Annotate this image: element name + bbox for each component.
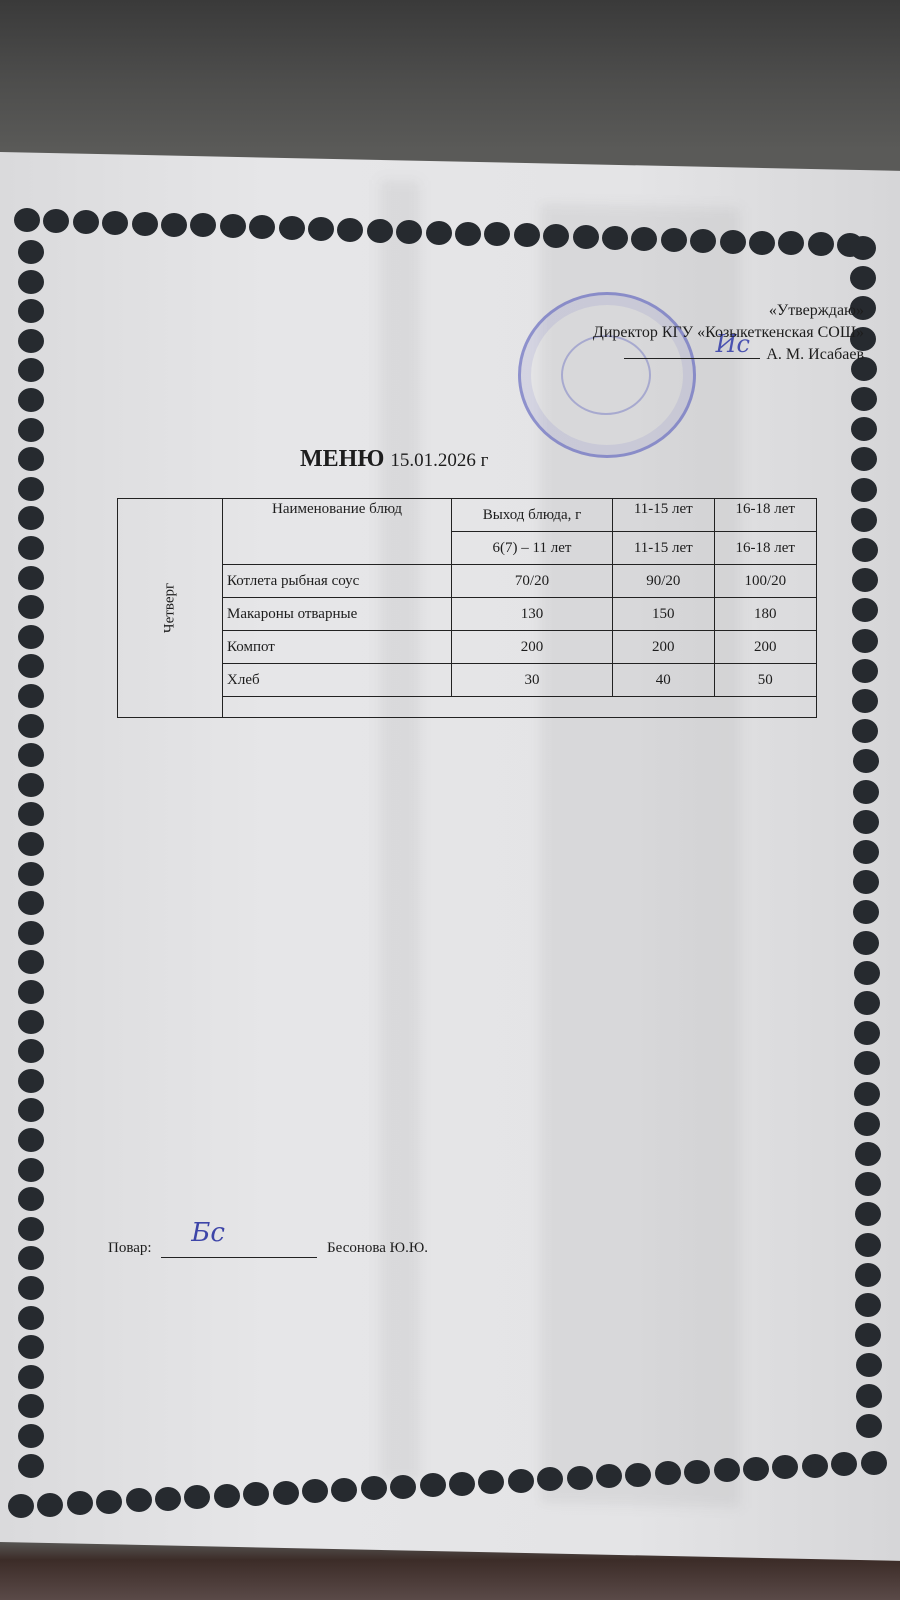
- border-dot: [18, 862, 44, 886]
- border-dot: [855, 1172, 881, 1196]
- border-dot: [161, 213, 187, 237]
- border-dot: [856, 1414, 882, 1438]
- footer-cook: Повар: Бс Бесонова Ю.Ю.: [108, 1240, 428, 1258]
- cook-name: Бесонова Ю.Ю.: [327, 1240, 428, 1256]
- border-dot: [855, 1263, 881, 1287]
- border-dot: [220, 214, 246, 238]
- approval-line-1: «Утверждаю»: [593, 300, 864, 322]
- border-dot: [856, 1384, 882, 1408]
- border-dot: [102, 211, 128, 235]
- border-dot: [37, 1493, 63, 1517]
- page-title: МЕНЮ15.01.2026 г: [300, 446, 488, 473]
- border-dot: [573, 225, 599, 249]
- header-age-2: 11-15 лет: [612, 499, 714, 532]
- title-heading: МЕНЮ: [300, 446, 384, 472]
- border-dot: [508, 1469, 534, 1493]
- approval-block: «Утверждаю» Директор КГУ «Козыкеткенская…: [593, 300, 864, 366]
- border-dot: [18, 1276, 44, 1300]
- border-dot: [18, 270, 44, 294]
- cook-label: Повар:: [108, 1240, 152, 1256]
- border-dot: [854, 1021, 880, 1045]
- border-dot: [851, 478, 877, 502]
- title-date: 15.01.2026 г: [390, 450, 488, 471]
- border-dot: [18, 1069, 44, 1093]
- border-dot: [361, 1476, 387, 1500]
- border-dot: [18, 1365, 44, 1389]
- border-dot: [18, 329, 44, 353]
- header-age-3: 16-18 лет: [714, 499, 816, 532]
- border-dot: [18, 1306, 44, 1330]
- border-dot: [854, 991, 880, 1015]
- border-dot: [853, 931, 879, 955]
- border-dot: [850, 236, 876, 260]
- border-dot: [8, 1494, 34, 1518]
- border-dot: [279, 216, 305, 240]
- approval-line-3: А. М. Исабаев: [766, 346, 864, 363]
- border-dot: [67, 1491, 93, 1515]
- border-dot: [831, 1452, 857, 1476]
- border-dot: [853, 810, 879, 834]
- border-dot: [449, 1472, 475, 1496]
- border-dot: [808, 232, 834, 256]
- border-dot: [743, 1457, 769, 1481]
- border-dot: [714, 1458, 740, 1482]
- subheader-age-3: 16-18 лет: [714, 532, 816, 565]
- border-dot: [18, 773, 44, 797]
- border-dot: [655, 1461, 681, 1485]
- border-dot: [126, 1488, 152, 1512]
- border-dot: [720, 230, 746, 254]
- border-dot: [852, 568, 878, 592]
- border-dot: [455, 222, 481, 246]
- border-dot: [331, 1478, 357, 1502]
- border-dot: [851, 508, 877, 532]
- border-dot: [73, 210, 99, 234]
- border-dot: [749, 231, 775, 255]
- border-dot: [853, 749, 879, 773]
- subheader-age-1: 6(7) – 11 лет: [452, 532, 613, 565]
- border-dot: [420, 1473, 446, 1497]
- border-dot: [96, 1490, 122, 1514]
- border-dot: [18, 684, 44, 708]
- header-dish-name: Наименование блюд: [223, 499, 452, 565]
- border-dot: [853, 840, 879, 864]
- border-dot: [855, 1142, 881, 1166]
- approval-line-2: Директор КГУ «Козыкеткенская СОШ»: [593, 322, 864, 344]
- border-dot: [390, 1475, 416, 1499]
- border-dot: [14, 208, 40, 232]
- scan-streak: [380, 180, 420, 1481]
- border-dot: [18, 240, 44, 264]
- border-dot: [396, 220, 422, 244]
- subheader-age-2: 11-15 лет: [612, 532, 714, 565]
- border-dot: [18, 625, 44, 649]
- border-dot: [18, 714, 44, 738]
- border-dot: [18, 566, 44, 590]
- border-dot: [18, 832, 44, 856]
- border-dot: [18, 477, 44, 501]
- border-dot: [18, 921, 44, 945]
- header-yield: Выход блюда, г: [452, 499, 613, 532]
- border-dot: [684, 1460, 710, 1484]
- border-dot: [690, 229, 716, 253]
- border-dot: [514, 223, 540, 247]
- border-dot: [18, 536, 44, 560]
- border-dot: [308, 217, 334, 241]
- border-dot: [273, 1481, 299, 1505]
- border-dot: [596, 1464, 622, 1488]
- border-dot: [602, 226, 628, 250]
- border-dot: [861, 1451, 887, 1475]
- border-dot: [852, 538, 878, 562]
- border-dot: [18, 1010, 44, 1034]
- border-dot: [18, 388, 44, 412]
- border-dot: [18, 418, 44, 442]
- border-dot: [567, 1466, 593, 1490]
- border-dot: [854, 961, 880, 985]
- border-dot: [18, 1424, 44, 1448]
- border-dot: [214, 1484, 240, 1508]
- border-dot: [155, 1487, 181, 1511]
- border-dot: [426, 221, 452, 245]
- cook-signature: Бс: [191, 1218, 225, 1248]
- border-dot: [851, 417, 877, 441]
- border-dot: [302, 1479, 328, 1503]
- border-dot: [802, 1454, 828, 1478]
- signature-line: [624, 358, 760, 359]
- border-dot: [851, 387, 877, 411]
- border-dot: [852, 659, 878, 683]
- cook-signature-line: Бс: [161, 1240, 317, 1258]
- border-dot: [854, 1112, 880, 1136]
- border-dot: [855, 1233, 881, 1257]
- border-dot: [367, 219, 393, 243]
- border-dot: [856, 1353, 882, 1377]
- border-dot: [18, 1158, 44, 1182]
- border-dot: [18, 1454, 44, 1478]
- border-dot: [18, 980, 44, 1004]
- border-dot: [854, 1082, 880, 1106]
- border-dot: [661, 228, 687, 252]
- menu-table: Четверг Наименование блюд Выход блюда, г…: [117, 498, 817, 718]
- border-dot: [625, 1463, 651, 1487]
- border-dot: [853, 780, 879, 804]
- border-dot: [18, 1217, 44, 1241]
- border-dot: [18, 1128, 44, 1152]
- border-dot: [537, 1467, 563, 1491]
- border-dot: [243, 1482, 269, 1506]
- day-cell: Четверг: [118, 499, 223, 718]
- border-dot: [132, 212, 158, 236]
- border-dot: [852, 629, 878, 653]
